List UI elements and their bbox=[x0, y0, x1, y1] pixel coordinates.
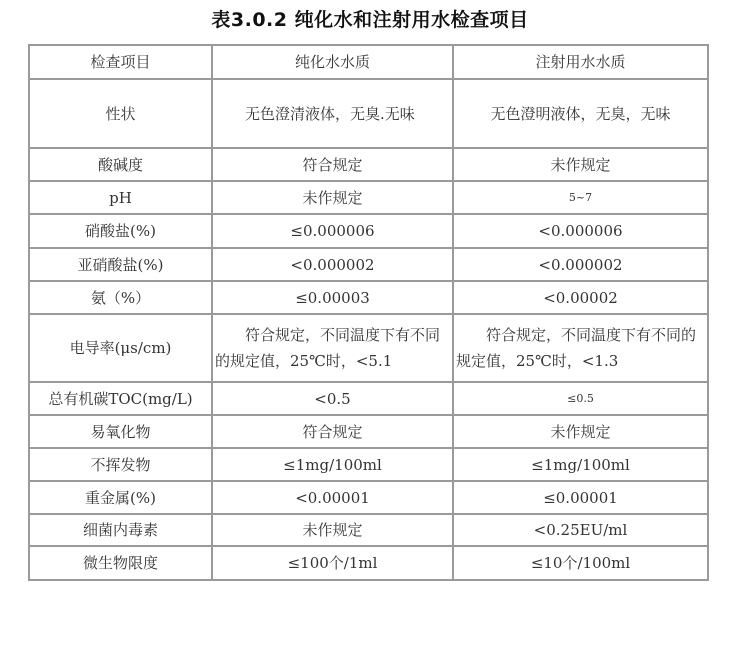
row-injection-value: 未作规定 bbox=[453, 415, 708, 448]
row-item: 电导率(μs/cm) bbox=[29, 314, 212, 382]
header-injection-water: 注射用水水质 bbox=[453, 45, 708, 79]
row-purified-value: ≤100个/1ml bbox=[212, 546, 453, 580]
row-injection-value: 未作规定 bbox=[453, 148, 708, 181]
table-row: 酸碱度 符合规定 未作规定 bbox=[29, 148, 708, 181]
table-row: 总有机碳TOC(mg/L) <0.5 ≤0.5 bbox=[29, 382, 708, 415]
table-row: 性状 无色澄清液体，无臭.无味 无色澄明液体，无臭，无味 bbox=[29, 79, 708, 148]
table-row: 硝酸盐(%) ≤0.000006 <0.000006 bbox=[29, 214, 708, 248]
row-purified-value: 无色澄清液体，无臭.无味 bbox=[212, 79, 453, 148]
row-injection-value: <0.25EU/ml bbox=[453, 514, 708, 546]
row-purified-value: 符合规定 bbox=[212, 148, 453, 181]
row-purified-value: <0.000002 bbox=[212, 248, 453, 281]
row-item: 酸碱度 bbox=[29, 148, 212, 181]
row-item: 微生物限度 bbox=[29, 546, 212, 580]
header-inspection-item: 检查项目 bbox=[29, 45, 212, 79]
table-row: 亚硝酸盐(%) <0.000002 <0.000002 bbox=[29, 248, 708, 281]
row-item: 总有机碳TOC(mg/L) bbox=[29, 382, 212, 415]
row-purified-value: <0.00001 bbox=[212, 481, 453, 514]
row-injection-value: <0.000002 bbox=[453, 248, 708, 281]
row-purified-value: ≤0.000006 bbox=[212, 214, 453, 248]
table-row: pH 未作规定 5~7 bbox=[29, 181, 708, 214]
row-purified-value: <0.5 bbox=[212, 382, 453, 415]
header-purified-water: 纯化水水质 bbox=[212, 45, 453, 79]
table-row: 易氧化物 符合规定 未作规定 bbox=[29, 415, 708, 448]
table-header-row: 检查项目 纯化水水质 注射用水水质 bbox=[29, 45, 708, 79]
row-purified-value: ≤1mg/100ml bbox=[212, 448, 453, 481]
row-item: 易氧化物 bbox=[29, 415, 212, 448]
row-item: 不挥发物 bbox=[29, 448, 212, 481]
row-item: 细菌内毒素 bbox=[29, 514, 212, 546]
row-item: 亚硝酸盐(%) bbox=[29, 248, 212, 281]
row-purified-value: ≤0.00003 bbox=[212, 281, 453, 314]
table-row: 微生物限度 ≤100个/1ml ≤10个/100ml bbox=[29, 546, 708, 580]
water-inspection-table: 检查项目 纯化水水质 注射用水水质 性状 无色澄清液体，无臭.无味 无色澄明液体… bbox=[28, 44, 709, 581]
row-purified-value: 未作规定 bbox=[212, 514, 453, 546]
row-item: 硝酸盐(%) bbox=[29, 214, 212, 248]
table-row: 氨（%） ≤0.00003 <0.00002 bbox=[29, 281, 708, 314]
row-item: 重金属(%) bbox=[29, 481, 212, 514]
table-row: 不挥发物 ≤1mg/100ml ≤1mg/100ml bbox=[29, 448, 708, 481]
row-purified-value: 符合规定，不同温度下有不同的规定值，25℃时，<5.1 bbox=[212, 314, 453, 382]
row-injection-value: ≤1mg/100ml bbox=[453, 448, 708, 481]
table-title: 表3.0.2 纯化水和注射用水检查项目 bbox=[0, 8, 740, 32]
row-injection-value: <0.00002 bbox=[453, 281, 708, 314]
row-injection-value: 无色澄明液体，无臭，无味 bbox=[453, 79, 708, 148]
table-row: 细菌内毒素 未作规定 <0.25EU/ml bbox=[29, 514, 708, 546]
row-injection-value: ≤10个/100ml bbox=[453, 546, 708, 580]
table-row: 重金属(%) <0.00001 ≤0.00001 bbox=[29, 481, 708, 514]
row-injection-value: ≤0.5 bbox=[453, 382, 708, 415]
row-purified-value: 未作规定 bbox=[212, 181, 453, 214]
row-item: 氨（%） bbox=[29, 281, 212, 314]
row-injection-value: 符合规定，不同温度下有不同的规定值，25℃时，<1.3 bbox=[453, 314, 708, 382]
row-injection-value: <0.000006 bbox=[453, 214, 708, 248]
row-item: pH bbox=[29, 181, 212, 214]
row-injection-value: 5~7 bbox=[453, 181, 708, 214]
row-injection-value: ≤0.00001 bbox=[453, 481, 708, 514]
table-row: 电导率(μs/cm) 符合规定，不同温度下有不同的规定值，25℃时，<5.1 符… bbox=[29, 314, 708, 382]
row-item: 性状 bbox=[29, 79, 212, 148]
row-purified-value: 符合规定 bbox=[212, 415, 453, 448]
